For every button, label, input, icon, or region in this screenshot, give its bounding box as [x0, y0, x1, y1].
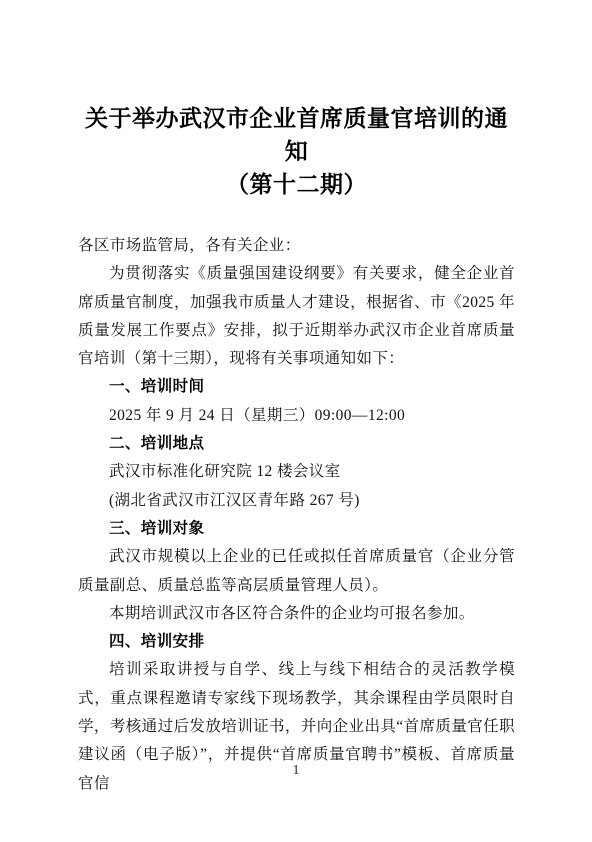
section-heading-training-audience: 三、培训对象: [78, 515, 515, 543]
salutation: 各区市场监管局，各有关企业：: [78, 232, 515, 260]
intro-paragraph: 为贯彻落实《质量强国建设纲要》有关要求，健全企业首席质量官制度，加强我市质量人才…: [78, 260, 515, 373]
paragraph-training-time: 2025 年 9 月 24 日（星期三）09:00—12:00: [78, 402, 515, 430]
document-title-line-1: 关于举办武汉市企业首席质量官培训的通知: [78, 102, 515, 168]
paragraph-location-address: (湖北省武汉市江汉区青年路 267 号): [78, 487, 515, 515]
document-body: 各区市场监管局，各有关企业： 为贯彻落实《质量强国建设纲要》有关要求，健全企业首…: [78, 232, 515, 798]
paragraph-audience-scope: 武汉市规模以上企业的已任或拟任首席质量官（企业分管质量副总、质量总监等高层质量管…: [78, 543, 515, 600]
section-heading-training-arrangement: 四、培训安排: [78, 628, 515, 656]
document-title-line-2: （第十二期）: [78, 168, 515, 201]
document-title: 关于举办武汉市企业首席质量官培训的通知 （第十二期）: [78, 102, 515, 201]
document-page: 关于举办武汉市企业首席质量官培训的通知 （第十二期） 各区市场监管局，各有关企业…: [0, 0, 592, 842]
section-heading-training-time: 一、培训时间: [78, 373, 515, 401]
paragraph-location-venue: 武汉市标准化研究院 12 楼会议室: [78, 458, 515, 486]
document-content: 关于举办武汉市企业首席质量官培训的通知 （第十二期） 各区市场监管局，各有关企业…: [78, 0, 515, 798]
page-number: 1: [0, 762, 592, 778]
section-heading-training-location: 二、培训地点: [78, 430, 515, 458]
paragraph-audience-eligibility: 本期培训武汉市各区符合条件的企业均可报名参加。: [78, 600, 515, 628]
